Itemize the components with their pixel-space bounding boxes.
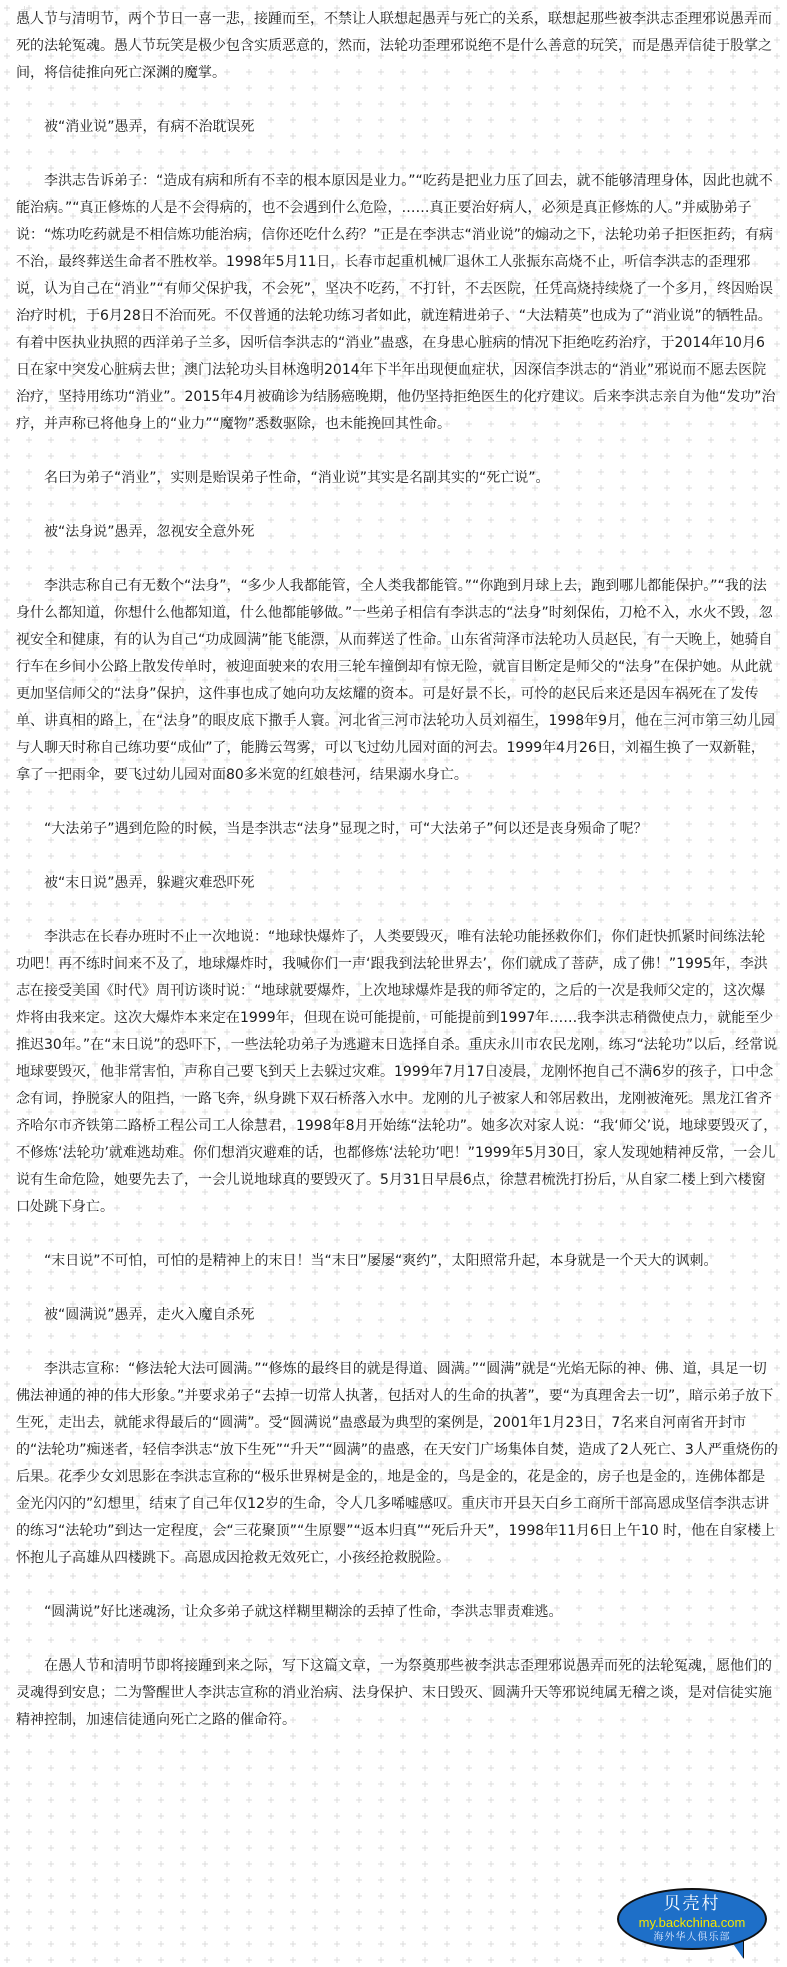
watermark-url: my.backchina.com (619, 1914, 765, 1931)
speech-bubble-logo: 贝壳村 my.backchina.com 海外华人俱乐部 (617, 1888, 767, 1950)
paragraph-mori-summary: “末日说”不可怕，可怕的是精神上的末日！当“末日”屡屡“爽约”，太阳照常升起，本… (16, 1248, 778, 1275)
paragraph-yuanman-summary: “圆满说”好比迷魂汤，让众多弟子就这样糊里糊涂的丢掉了性命，李洪志罪责难逃。 (16, 1599, 778, 1626)
section-heading-xiaoye: 被“消业说”愚弄，有病不治耽误死 (16, 114, 778, 141)
paragraph-yuanman-cases: 李洪志宣称：“修法轮大法可圆满。”“修炼的最终目的就是得道、圆满。”“圆满”就是… (16, 1356, 778, 1572)
paragraph-fashen-summary: “大法弟子”遇到危险的时候，当是李洪志“法身”显现之时，可“大法弟子”何以还是丧… (16, 816, 778, 843)
intro-paragraph: 愚人节与清明节，两个节日一喜一悲，接踵而至，不禁让人联想起愚弄与死亡的关系，联想… (16, 6, 778, 87)
watermark-subtitle: 海外华人俱乐部 (619, 1931, 765, 1945)
section-heading-fashen: 被“法身说”愚弄，忽视安全意外死 (16, 519, 778, 546)
paragraph-mori-cases: 李洪志在长春办班时不止一次地说：“地球快爆炸了，人类要毁灭，唯有法轮功能拯救你们… (16, 924, 778, 1221)
closing-paragraph: 在愚人节和清明节即将接踵到来之际，写下这篇文章，一为祭奠那些被李洪志歪理邪说愚弄… (16, 1653, 778, 1734)
watermark-title: 贝壳村 (619, 1894, 765, 1914)
section-heading-mori: 被“末日说”愚弄，躲避灾难恐吓死 (16, 870, 778, 897)
backchina-watermark: 贝壳村 my.backchina.com 海外华人俱乐部 (617, 1888, 769, 1958)
article-body: 愚人节与清明节，两个节日一喜一悲，接踵而至，不禁让人联想起愚弄与死亡的关系，联想… (16, 6, 778, 1761)
paragraph-xiaoye-cases: 李洪志告诉弟子：“造成有病和所有不幸的根本原因是业力。”“吃药是把业力压了回去，… (16, 168, 778, 438)
section-heading-yuanman: 被“圆满说”愚弄，走火入魔自杀死 (16, 1302, 778, 1329)
paragraph-xiaoye-summary: 名曰为弟子“消业”，实则是贻误弟子性命，“消业说”其实是名副其实的“死亡说”。 (16, 465, 778, 492)
paragraph-fashen-cases: 李洪志称自己有无数个“法身”，“多少人我都能管，全人类我都能管。”“你跑到月球上… (16, 573, 778, 789)
